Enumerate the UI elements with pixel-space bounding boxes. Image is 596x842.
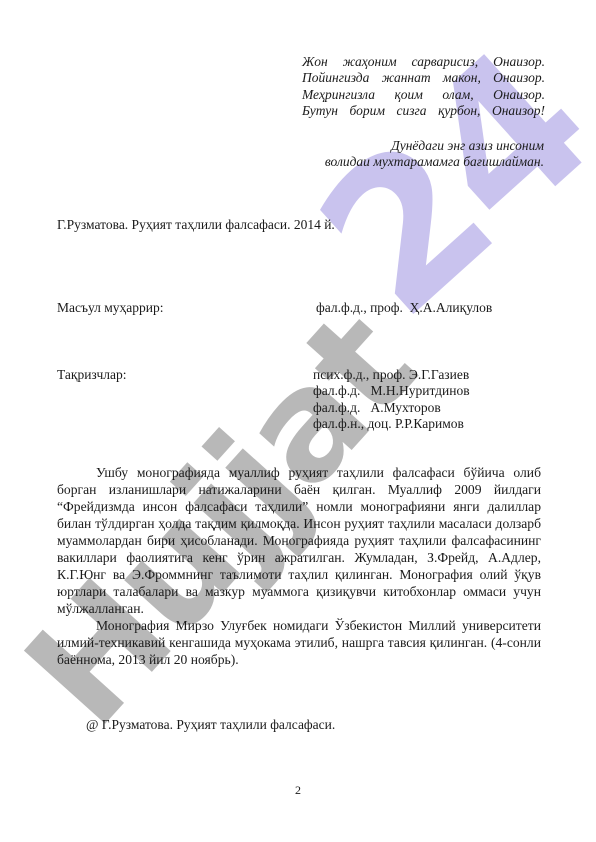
editor-label: Масъул муҳаррир: — [57, 300, 164, 316]
reviewers-list: псих.ф.д., проф. Э.Г.Газиев фал.ф.д. М.Н… — [313, 367, 470, 433]
poem: Жон жаҳоним сарварисиз, Онаизор. Пойинги… — [302, 54, 545, 119]
dedication: Дунёдаги энг азиз инсоним волидаи мухтар… — [325, 138, 544, 171]
reviewer-item: фал.ф.д. А.Мухторов — [313, 400, 470, 416]
page-number: 2 — [0, 783, 596, 798]
poem-line: Жон жаҳоним сарварисиз, Онаизор. — [302, 54, 545, 70]
reviewers-label: Тақризчлар: — [57, 367, 127, 383]
poem-line: Бутун борим сизга қурбон, Онаизор! — [302, 103, 545, 119]
dedication-line: Дунёдаги энг азиз инсоним — [325, 138, 544, 154]
title-line: Г.Рузматова. Руҳият таҳлили фалсафаси. 2… — [57, 217, 335, 233]
reviewer-item: псих.ф.д., проф. Э.Г.Газиев — [313, 367, 470, 383]
copyright-line: @ Г.Рузматова. Руҳият таҳлили фалсафаси. — [86, 717, 335, 733]
document-page: 24 Hujjat Жон жаҳоним сарварисиз, Онаизо… — [0, 0, 596, 842]
editor-value: фал.ф.д., проф. Ҳ.А.Алиқулов — [316, 300, 492, 316]
body-paragraph: Ушбу монографияда муаллиф руҳият таҳлили… — [57, 464, 541, 617]
body-paragraph: Монография Мирзо Улуғбек номидаги Ўзбеки… — [57, 617, 541, 668]
poem-line: Пойингизда жаннат макон, Онаизор. — [302, 70, 545, 86]
page-content: Жон жаҳоним сарварисиз, Онаизор. Пойинги… — [0, 0, 596, 842]
reviewer-item: фал.ф.н., доц. Р.Р.Каримов — [313, 416, 470, 432]
body-text: Ушбу монографияда муаллиф руҳият таҳлили… — [57, 464, 541, 668]
dedication-line: волидаи мухтарамамга бағишлайман. — [325, 154, 544, 170]
poem-line: Меҳрингизла қоим олам, Онаизор. — [302, 87, 545, 103]
reviewer-item: фал.ф.д. М.Н.Нуритдинов — [313, 383, 470, 399]
